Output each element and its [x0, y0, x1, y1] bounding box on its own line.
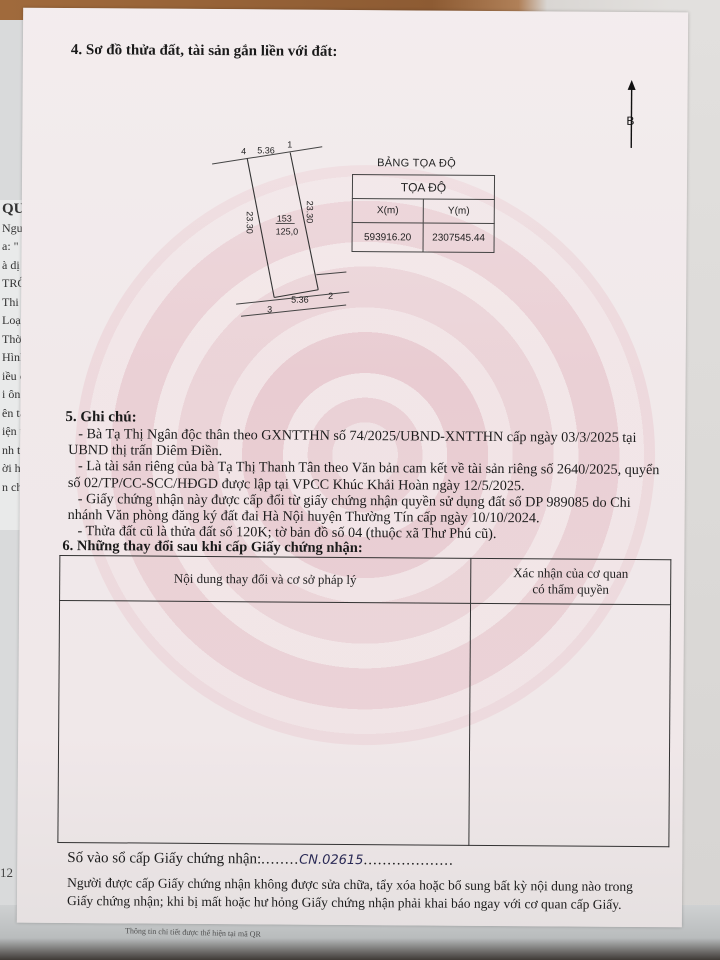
parcel-number: 153	[277, 213, 292, 223]
section5-title: 5. Ghi chú:	[65, 409, 136, 426]
edge-bottom-length: 5.36	[291, 295, 309, 305]
register-label: Số vào sổ cấp Giấy chứng nhận:	[67, 850, 261, 867]
note-item: - Giấy chứng nhận này được cấp đổi từ gi…	[68, 491, 668, 528]
coord-x-value: 593916.20	[352, 222, 423, 251]
coord-group-header: TỌA ĐỘ	[352, 174, 494, 199]
note-item: - Bà Tạ Thị Ngân độc thân theo GXNTTHN s…	[68, 426, 668, 463]
col-x-header: X(m)	[352, 198, 423, 222]
col-confirm-header: Xác nhận của cơ quan có thẩm quyền	[471, 558, 671, 604]
notes-list: - Bà Tạ Thị Ngân độc thân theo GXNTTHN s…	[67, 426, 668, 544]
dots: ...................	[363, 852, 453, 869]
note-item: - Là tài sản riêng của bà Tạ Thị Thanh T…	[68, 458, 668, 495]
underlying-page-number: 12	[0, 865, 13, 881]
edge-top-length: 5.36	[257, 145, 275, 155]
changes-table: Nội dung thay đổi và cơ sở pháp lý Xác n…	[57, 555, 671, 847]
edge-left-length: 23.30	[245, 211, 255, 234]
confirm-header-line1: Xác nhận của cơ quan	[513, 565, 628, 581]
warning-text: Người được cấp Giấy chứng nhận không đượ…	[67, 874, 687, 914]
register-number: CN.02615	[299, 853, 363, 868]
coord-y-value: 2307545.44	[423, 223, 494, 252]
dots: ........	[261, 851, 299, 867]
vertex-4: 4	[241, 146, 246, 156]
vertex-1: 1	[287, 140, 292, 150]
section6-title: 6. Những thay đổi sau khi cấp Giấy chứng…	[62, 538, 362, 557]
section4-title: 4. Sơ đồ thửa đất, tài sản gắn liền với …	[71, 42, 338, 61]
confirm-content-cell	[469, 603, 671, 846]
register-number-line: Số vào sổ cấp Giấy chứng nhận:........CN…	[67, 850, 454, 870]
coord-table: TỌA ĐỘ X(m) Y(m) 593916.20 2307545.44	[352, 174, 496, 253]
certificate-page: 4. Sơ đồ thửa đất, tài sản gắn liền với …	[17, 8, 688, 928]
north-label: B	[626, 114, 634, 128]
vertex-3: 3	[267, 304, 272, 314]
confirm-header-line2: có thẩm quyền	[532, 581, 609, 597]
edge-right-length: 23.30	[305, 201, 315, 224]
changes-content-cell	[58, 600, 471, 845]
parcel-diagram: 4 5.36 1 153 125,0 2 5.36 3 23.30 23.30	[206, 134, 367, 335]
col-y-header: Y(m)	[423, 199, 494, 223]
coord-table-title: BẢNG TỌA ĐỘ	[377, 157, 456, 170]
vertex-2: 2	[328, 291, 333, 301]
col-changes-header: Nội dung thay đổi và cơ sở pháp lý	[60, 555, 471, 603]
north-arrow-icon: B	[624, 80, 638, 150]
parcel-area: 125,0	[276, 226, 299, 236]
